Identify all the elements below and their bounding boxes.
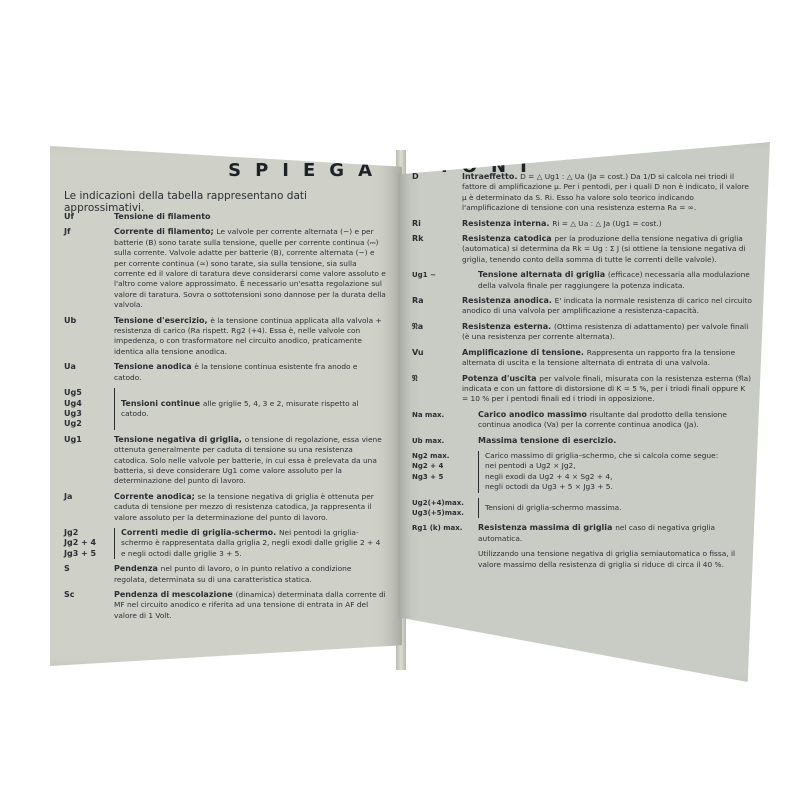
group-description: Carico massimo di griglia–schermo, che s…	[478, 451, 752, 493]
right-page: ZIONI DIntraeffetto. D = △ Ug1 : △ Ua (J…	[398, 142, 770, 682]
entry-symbol: 𝔑a	[412, 322, 462, 343]
group-text: Tensioni continue alle griglie 5, 4, 3 e…	[121, 399, 386, 420]
entry-term: Carico anodico massimo	[478, 410, 590, 419]
group-symbol: Ug2	[64, 419, 114, 429]
group-symbols: Ng2 max.Ng2 + 4Ng3 + 5	[412, 451, 478, 493]
glossary-entry: RiResistenza interna. Ri = △ Ua : △ Ja (…	[412, 219, 752, 229]
entry-term: Corrente di filamento;	[114, 227, 217, 236]
entry-term: Tensione anodica	[114, 362, 194, 371]
entry-term: Resistenza massima di griglia	[478, 523, 615, 532]
entry-symbol: Vu	[412, 348, 462, 369]
entry-description: Resistenza esterna. (Ottima resistenza d…	[462, 322, 752, 343]
entry-term: Potenza d'uscita	[462, 374, 539, 383]
group-symbol: Ng3 + 5	[412, 472, 478, 482]
entry-term: Tensione alternata di griglia	[478, 270, 608, 279]
glossary-entry: Ub max.Massima tensione di esercizio.	[412, 436, 752, 446]
entry-description: Amplificazione di tensione. Rappresenta …	[462, 348, 752, 369]
entry-term: Massima tensione di esercizio.	[478, 436, 616, 445]
entry-description: Tensione anodica è la tensione continua …	[114, 362, 386, 383]
glossary-entry: Ug1Tensione negativa di griglia, o tensi…	[64, 435, 386, 487]
entry-symbol: Ra	[412, 296, 462, 317]
group-symbol: Jg2	[64, 528, 114, 538]
group-text: Tensioni di griglia-schermo massima.	[485, 503, 752, 513]
group-description: Correnti medie di griglia-schermo. Nei p…	[114, 528, 386, 559]
glossary-entry: RkResistenza catodica per la produzione …	[412, 234, 752, 265]
entry-symbol: Ug1 ~	[412, 270, 478, 291]
entry-term: Resistenza interna.	[462, 219, 552, 228]
entry-term: Tensione negativa di griglia,	[114, 435, 245, 444]
group-line: Carico massimo di griglia–schermo, che s…	[485, 451, 752, 461]
entry-description: Intraeffetto. D = △ Ug1 : △ Ua (Ja = cos…	[462, 172, 752, 214]
entry-description: Resistenza catodica per la produzione de…	[462, 234, 752, 265]
group-text: Correnti medie di griglia-schermo. Nei p…	[121, 528, 386, 559]
entry-symbol: 𝔑	[412, 374, 462, 405]
group-symbols: Ug5Ug4Ug3Ug2	[64, 388, 114, 430]
glossary-entry: UaTensione anodica è la tensione continu…	[64, 362, 386, 383]
entry-term: Corrente anodica;	[114, 492, 198, 501]
entry-symbol: Na max.	[412, 410, 478, 431]
group-symbol: Ug5	[64, 388, 114, 398]
entry-term: Resistenza catodica	[462, 234, 555, 243]
entry-term: Pendenza di mescolazione	[114, 590, 236, 599]
entry-description: Tensione alternata di griglia (efficace)…	[478, 270, 752, 291]
left-page: SPIEGA Le indicazioni della tabella rapp…	[50, 146, 402, 666]
intro-text: Le indicazioni della tabella rappresenta…	[64, 190, 388, 214]
group-description: Tensioni di griglia-schermo massima.	[478, 498, 752, 519]
glossary-entry: JfCorrente di filamento; Le valvole per …	[64, 227, 386, 310]
group-symbol: Ug2(+4)max.	[412, 498, 478, 508]
glossary-entry: 𝔑aResistenza esterna. (Ottima resistenza…	[412, 322, 752, 343]
entry-term: Tensione d'esercizio,	[114, 316, 210, 325]
entry-description: Massima tensione di esercizio.	[478, 436, 752, 446]
entry-symbol: D	[412, 172, 462, 214]
booklet: SPIEGA Le indicazioni della tabella rapp…	[0, 0, 800, 800]
entry-term: Amplificazione di tensione.	[462, 348, 587, 357]
entry-description: Corrente di filamento; Le valvole per co…	[114, 227, 386, 310]
entry-symbol: Ja	[64, 492, 114, 523]
glossary-group: Ug5Ug4Ug3Ug2Tensioni continue alle grigl…	[64, 388, 386, 430]
group-body: Tensioni di griglia-schermo massima.	[485, 503, 622, 512]
entry-description: Potenza d'uscita per valvole finali, mis…	[462, 374, 752, 405]
group-symbol: Ug3(+5)max.	[412, 508, 478, 518]
entry-symbol: Ua	[64, 362, 114, 383]
entry-description: Corrente anodica; se la tensione negativ…	[114, 492, 386, 523]
entry-description: Resistenza interna. Ri = △ Ua : △ Ja (Ug…	[462, 219, 752, 229]
glossary-entry: 𝔑Potenza d'uscita per valvole finali, mi…	[412, 374, 752, 405]
left-entries: UfTensione di filamento JfCorrente di fi…	[64, 212, 386, 626]
group-line: negli octodi da Ug3 + 5 × Jg3 + 5.	[485, 482, 752, 492]
entry-symbol: Rk	[412, 234, 462, 265]
entry-description: Pendenza di mescolazione (dinamica) dete…	[114, 590, 386, 621]
glossary-entry: UfTensione di filamento	[64, 212, 386, 222]
entry-text: Le valvole per corrente alternata (~) e …	[114, 227, 386, 309]
entry-description: Tensione negativa di griglia, o tensione…	[114, 435, 386, 487]
entry-description: Pendenza nel punto di lavoro, o in punto…	[114, 564, 386, 585]
glossary-group: Ug2(+4)max.Ug3(+5)max.Tensioni di grigli…	[412, 498, 752, 519]
glossary-group: Ng2 max.Ng2 + 4Ng3 + 5Carico massimo di …	[412, 451, 752, 493]
group-symbols: Jg2Jg2 + 4Jg3 + 5	[64, 528, 114, 559]
group-description: Tensioni continue alle griglie 5, 4, 3 e…	[114, 388, 386, 430]
glossary-entry: UbTensione d'esercizio, è la tensione co…	[64, 316, 386, 358]
right-entries: DIntraeffetto. D = △ Ug1 : △ Ua (Ja = co…	[412, 172, 752, 575]
glossary-entry: Na max.Carico anodico massimo risultante…	[412, 410, 752, 431]
entry-term: Resistenza anodica.	[462, 296, 555, 305]
glossary-entry: VuAmplificazione di tensione. Rappresent…	[412, 348, 752, 369]
group-term: Correnti medie di griglia-schermo.	[121, 528, 279, 537]
entry-description: Resistenza anodica. E' indicata la norma…	[462, 296, 752, 317]
closing-note: Utilizzando una tensione negativa di gri…	[412, 549, 752, 570]
glossary-entry: JaCorrente anodica; se la tensione negat…	[64, 492, 386, 523]
entry-term: Pendenza	[114, 564, 161, 573]
glossary-entry: RaResistenza anodica. E' indicata la nor…	[412, 296, 752, 317]
entry-symbol: Rg1 (k) max.	[412, 523, 478, 544]
entry-symbol: Jf	[64, 227, 114, 310]
entry-description: Resistenza massima di griglia nel caso d…	[478, 523, 752, 544]
entry-symbol: Ri	[412, 219, 462, 229]
entry-description: Carico anodico massimo risultante dal pr…	[478, 410, 752, 431]
entry-symbol: Ug1	[64, 435, 114, 487]
glossary-entry: Ug1 ~Tensione alternata di griglia (effi…	[412, 270, 752, 291]
entry-text: Ri = △ Ua : △ Ja (Ug1 = cost.)	[552, 219, 661, 228]
entry-symbol: Uf	[64, 212, 114, 222]
group-line: nei pentodi a Ug2 × Jg2,	[485, 461, 752, 471]
entry-description: Tensione di filamento	[114, 212, 386, 222]
entry-term: Intraeffetto.	[462, 172, 520, 181]
group-symbol: Ng2 max.	[412, 451, 478, 461]
group-symbol: Ug3	[64, 409, 114, 419]
entry-symbol: S	[64, 564, 114, 585]
glossary-entry: SPendenza nel punto di lavoro, o in punt…	[64, 564, 386, 585]
group-term: Tensioni continue	[121, 399, 203, 408]
group-symbol: Ug4	[64, 399, 114, 409]
group-symbols: Ug2(+4)max.Ug3(+5)max.	[412, 498, 478, 519]
entry-description: Tensione d'esercizio, è la tensione cont…	[114, 316, 386, 358]
entry-symbol: Ub	[64, 316, 114, 358]
glossary-entry: DIntraeffetto. D = △ Ug1 : △ Ua (Ja = co…	[412, 172, 752, 214]
entry-term: Tensione di filamento	[114, 212, 211, 221]
group-line: negli exodi da Ug2 + 4 × Sg2 + 4,	[485, 472, 752, 482]
glossary-entry: Rg1 (k) max.Resistenza massima di grigli…	[412, 523, 752, 544]
glossary-entry: ScPendenza di mescolazione (dinamica) de…	[64, 590, 386, 621]
entry-term: Resistenza esterna.	[462, 322, 554, 331]
group-symbol: Jg3 + 5	[64, 549, 114, 559]
glossary-group: Jg2Jg2 + 4Jg3 + 5Correnti medie di grigl…	[64, 528, 386, 559]
entry-symbol: Sc	[64, 590, 114, 621]
group-symbol: Ng2 + 4	[412, 461, 478, 471]
group-symbol: Jg2 + 4	[64, 538, 114, 548]
entry-symbol: Ub max.	[412, 436, 478, 446]
heading-left: SPIEGA	[228, 160, 386, 181]
